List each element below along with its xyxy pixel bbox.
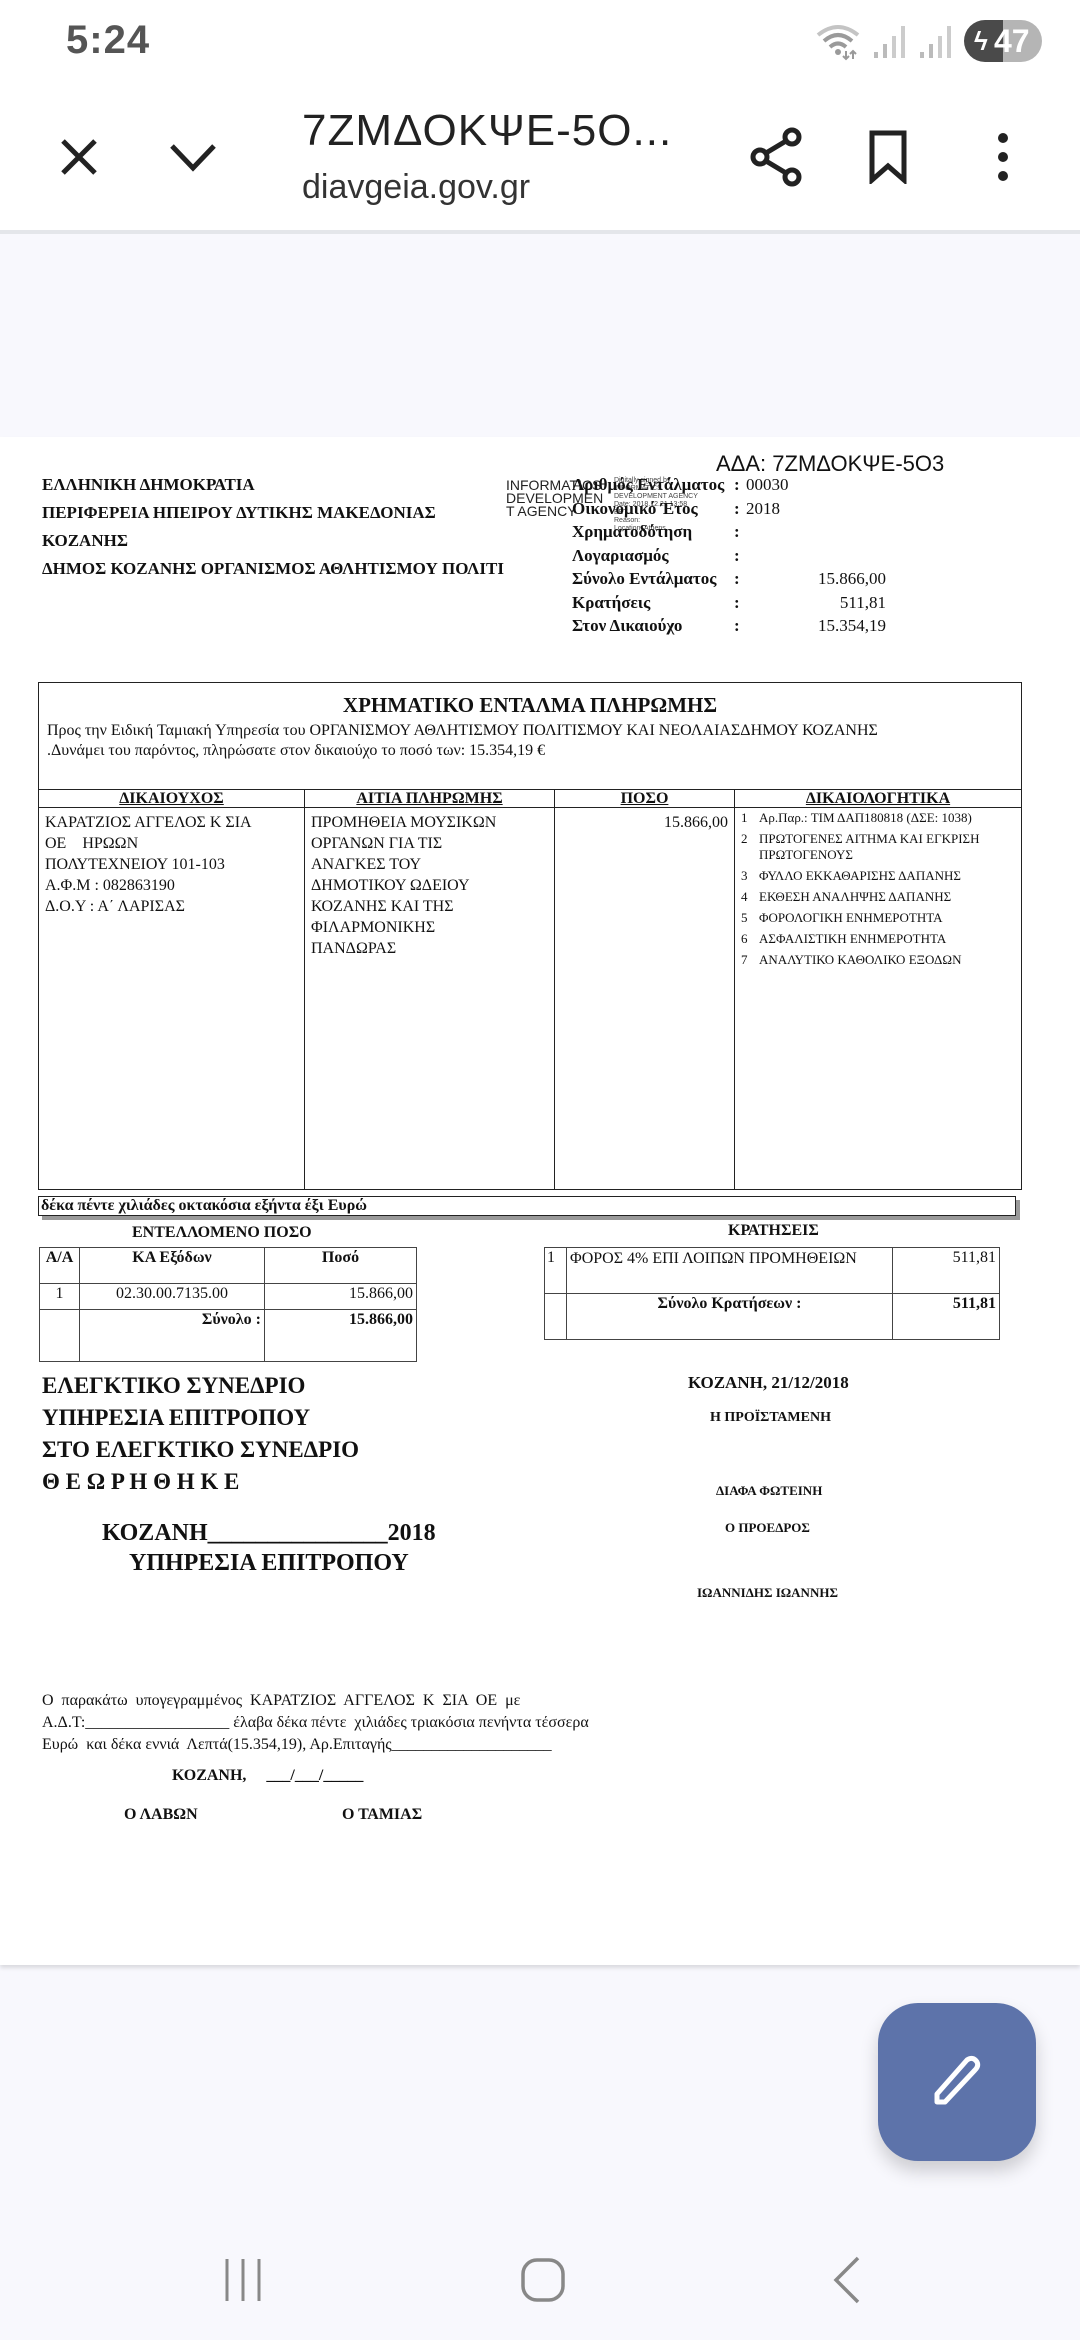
cashier-label: Ο ΤΑΜΙΑΣ <box>342 1806 422 1824</box>
home-button[interactable] <box>508 2250 578 2310</box>
edit-pencil-icon <box>927 2052 987 2112</box>
head-name: ΔΙΑΦΑ ΦΩΤΕΙΝΗ <box>716 1483 822 1499</box>
text-line: ΔΗΜΟΤΙΚΟΥ ΩΔΕΙΟΥ <box>311 875 548 896</box>
beneficiary-details: ΚΑΡΑΤΖΙΟΣ ΑΓΓΕΛΟΣ Κ ΣΙΑΟΕ ΗΡΩΩΝΠΟΛΥΤΕΧΝΕ… <box>39 808 304 921</box>
text-line: ΟΡΓΑΝΩΝ ΓΙΑ ΤΙΣ <box>311 833 548 854</box>
table-row: 1 ΦΟΡΟΣ 4% ΕΠΙ ΛΟΙΠΩΝ ΠΡΟΜΗΘΕΙΩΝ 511,81 <box>545 1248 1000 1294</box>
header-line: ΕΛΛΗΝΙΚΗ ΔΗΜΟΚΡΑΤΙΑ <box>42 471 504 499</box>
header-line: ΔΗΜΟΣ ΚΟΖΑΝΗΣ ΟΡΓΑΝΙΣΜΟΣ ΑΘΛΗΤΙΣΜΟΥ ΠΟΛΙ… <box>42 555 504 583</box>
page-url[interactable]: diavgeia.gov.gr <box>302 168 530 207</box>
recent-apps-button[interactable] <box>208 2250 278 2310</box>
chevron-down-icon <box>168 142 218 172</box>
text-line: ΚΟΖΑΝΗΣ ΚΑΙ ΤΗΣ <box>311 896 548 917</box>
meta-label: Λογαριασμός <box>572 546 669 566</box>
battery-level: 47 <box>994 23 1030 60</box>
amount-in-words: δέκα πέντε χιλιάδες οκτακόσια εξήντα έξι… <box>38 1196 1016 1216</box>
payment-warrant-box: ΧΡΗΜΑΤΙΚΟ ΕΝΤΑΛΜΑ ΠΛΗΡΩΜΗΣ Προς την Ειδι… <box>38 682 1022 1190</box>
meta-value: 15.866,00 <box>818 569 886 589</box>
list-item: 7ΑΝΑΛΥΤΙΚΟ ΚΑΘΟΛΙΚΟ ΕΞΟΔΩΝ <box>741 952 1015 968</box>
warrant-instruction: Προς την Ειδική Ταμιακή Υπηρεσία του ΟΡΓ… <box>47 721 878 761</box>
bookmark-icon <box>868 130 908 184</box>
status-icons: ϟ 47 <box>814 20 1042 62</box>
deductions-table: 1 ΦΟΡΟΣ 4% ΕΠΙ ΛΟΙΠΩΝ ΠΡΟΜΗΘΕΙΩΝ 511,81 … <box>544 1247 1000 1340</box>
supporting-documents: 1Αρ.Παρ.: ΤΙΜ ΔΑΠ180818 (ΔΣΕ: 1038)2ΠΡΩΤ… <box>735 808 1021 977</box>
text-line: ΠΑΝΔΩΡΑΣ <box>311 938 548 959</box>
amount-column: ΠΟΣΟ 15.866,00 <box>555 790 735 1189</box>
table-row: 1 02.30.00.7135.00 15.866,00 <box>40 1284 417 1310</box>
meta-label: Χρηματοδότηση <box>572 522 692 542</box>
list-item: 5ΦΟΡΟΛΟΓΙΚΗ ΕΝΗΜΕΡΟΤΗΤΑ <box>741 910 1015 926</box>
list-item: 2ΠΡΩΤΟΓΕΝΕΣ ΑΙΤΗΜΑ ΚΑΙ ΕΓΚΡΙΣΗ ΠΡΩΤΟΓΕΝΟ… <box>741 831 1015 863</box>
signal-icon <box>872 22 908 60</box>
meta-separator: : <box>734 616 740 636</box>
more-vert-icon <box>996 132 1010 182</box>
meta-value: 511,81 <box>840 593 886 613</box>
meta-label: Οικονομικό Έτος <box>572 499 698 519</box>
receipt-statement: Ο παρακάτω υπογεγραμμένος ΚΑΡΑΤΖΙΟΣ ΑΓΓΕ… <box>42 1690 682 1756</box>
meta-separator: : <box>734 569 740 589</box>
text-line: ΚΑΡΑΤΖΙΟΣ ΑΓΓΕΛΟΣ Κ ΣΙΑ <box>45 812 298 833</box>
meta-label: Στον Δικαιούχο <box>572 616 682 636</box>
meta-row: Χρηματοδότηση: <box>572 522 892 544</box>
text-line: ΦΙΛΑΡΜΟΝΙΚΗΣ <box>311 917 548 938</box>
meta-row: Σύνολο Εντάλματος:15.866,00 <box>572 569 892 591</box>
system-nav-bar <box>0 2220 1080 2340</box>
head-title: Η ΠΡΟΪΣΤΑΜΕΝΗ <box>710 1410 831 1426</box>
warrant-title: ΧΡΗΜΑΤΙΚΟ ΕΝΤΑΛΜΑ ΠΛΗΡΩΜΗΣ <box>39 693 1021 718</box>
meta-row: Λογαριασμός: <box>572 546 892 568</box>
minimize-button[interactable] <box>158 122 228 192</box>
meta-row: Στον Δικαιούχο:15.354,19 <box>572 616 892 638</box>
page-title: 7ΖΜΔΟΚΨΕ-5Ο... <box>302 106 672 156</box>
ada-code: ΑΔΑ: 7ΖΜΔΟΚΨΕ-5Ο3 <box>716 451 944 477</box>
header-line: ΚΟΖΑΝΗΣ <box>42 527 504 555</box>
receipt-place-date: ΚΟΖΑΝΗ, ___/___/_____ <box>172 1767 363 1785</box>
close-button[interactable] <box>44 122 114 192</box>
documents-column: ΔΙΚΑΙΟΛΟΓΗΤΙΚΑ 1Αρ.Παρ.: ΤΙΜ ΔΑΠ180818 (… <box>735 790 1021 1189</box>
share-button[interactable] <box>741 122 811 192</box>
reason-column: ΑΙΤΙΑ ΠΛΗΡΩΜΗΣ ΠΡΟΜΗΘΕΙΑ ΜΟΥΣΙΚΩΝΟΡΓΑΝΩΝ… <box>305 790 555 1189</box>
meta-label: Αριθμός Εντάλματος <box>572 475 724 495</box>
text-line: ΠΟΛΥΤΕΧΝΕΙΟΥ 101-103 <box>45 854 298 875</box>
recent-apps-icon <box>221 2257 265 2303</box>
beneficiary-column: ΔΙΚΑΙΟΥΧΟΣ ΚΑΡΑΤΖΙΟΣ ΑΓΓΕΛΟΣ Κ ΣΙΑΟΕ ΗΡΩ… <box>39 790 305 1189</box>
place-date: ΚΟΖΑΝΗ, 21/12/2018 <box>688 1373 849 1393</box>
list-item: 6ΑΣΦΑΛΙΣΤΙΚΗ ΕΝΗΜΕΡΟΤΗΤΑ <box>741 931 1015 947</box>
meta-row: Οικονομικό Έτος:2018 <box>572 499 892 521</box>
status-bar: 5:24 ϟ 47 <box>0 0 1080 84</box>
header-issuer: ΕΛΛΗΝΙΚΗ ΔΗΜΟΚΡΑΤΙΑ ΠΕΡΙΦΕΡΕΙΑ ΗΠΕΙΡΟΥ Δ… <box>42 471 504 583</box>
president-name: ΙΩΑΝΝΙΔΗΣ ΙΩΑΝΝΗΣ <box>697 1585 838 1601</box>
bookmark-button[interactable] <box>853 122 923 192</box>
list-item: 4ΕΚΘΕΣΗ ΑΝΑΛΗΨΗΣ ΔΑΠΑΝΗΣ <box>741 889 1015 905</box>
browser-toolbar: 7ΖΜΔΟΚΨΕ-5Ο... diavgeia.gov.gr <box>0 84 1080 234</box>
header-line: ΠΕΡΙΦΕΡΕΙΑ ΗΠΕΙΡΟΥ ΔΥΤΙΚΗΣ ΜΑΚΕΔΟΝΙΑΣ <box>42 499 504 527</box>
meta-value: 2018 <box>746 499 780 519</box>
warrant-columns: ΔΙΚΑΙΟΥΧΟΣ ΚΑΡΑΤΖΙΟΣ ΑΓΓΕΛΟΣ Κ ΣΙΑΟΕ ΗΡΩ… <box>39 789 1021 1189</box>
more-options-button[interactable] <box>968 122 1038 192</box>
text-line: ΑΝΑΓΚΕΣ ΤΟΥ <box>311 854 548 875</box>
back-icon <box>832 2256 862 2304</box>
share-icon <box>748 127 804 187</box>
edit-button[interactable] <box>878 2003 1036 2161</box>
list-item: 3ΦΥΛΛΟ ΕΚΚΑΘΑΡΙΣΗΣ ΔΑΠΑΝΗΣ <box>741 868 1015 884</box>
meta-value: 15.354,19 <box>818 616 886 636</box>
text-line: Δ.Ο.Υ : Α΄ ΛΑΡΙΣΑΣ <box>45 896 298 917</box>
signal-icon <box>918 22 954 60</box>
payment-reason: ΠΡΟΜΗΘΕΙΑ ΜΟΥΣΙΚΩΝΟΡΓΑΝΩΝ ΓΙΑ ΤΙΣΑΝΑΓΚΕΣ… <box>305 808 554 963</box>
meta-label: Σύνολο Εντάλματος <box>572 569 716 589</box>
meta-separator: : <box>734 546 740 566</box>
text-line: ΟΕ ΗΡΩΩΝ <box>45 833 298 854</box>
meta-row: Κρατήσεις:511,81 <box>572 593 892 615</box>
meta-label: Κρατήσεις <box>572 593 650 613</box>
battery-charging-icon: ϟ 47 <box>964 20 1042 62</box>
ordered-amount-title: ΕΝΤΕΛΛΟΜΕΝΟ ΠΟΣΟ <box>132 1224 312 1242</box>
ordered-amount-table: Α/Α ΚΑ Εξόδων Ποσό 1 02.30.00.7135.00 15… <box>39 1247 417 1362</box>
document-page: ΑΔΑ: 7ΖΜΔΟΚΨΕ-5Ο3 ΕΛΛΗΝΙΚΗ ΔΗΜΟΚΡΑΤΙΑ ΠΕ… <box>0 437 1080 1965</box>
president-title: Ο ΠΡΟΕΔΡΟΣ <box>725 1520 810 1536</box>
status-time: 5:24 <box>66 18 150 63</box>
meta-separator: : <box>734 475 740 495</box>
meta-row: Αριθμός Εντάλματος:00030 <box>572 475 892 497</box>
meta-value: 00030 <box>746 475 789 495</box>
amount-value: 15.866,00 <box>555 808 734 837</box>
close-icon <box>57 135 101 179</box>
meta-separator: : <box>734 499 740 519</box>
deductions-title: ΚΡΑΤΗΣΕΙΣ <box>728 1222 819 1240</box>
text-line: ΠΡΟΜΗΘΕΙΑ ΜΟΥΣΙΚΩΝ <box>311 812 548 833</box>
back-button[interactable] <box>812 2250 882 2310</box>
home-icon <box>519 2256 567 2304</box>
audit-stamp: ΕΛΕΓΚΤΙΚΟ ΣΥΝΕΔΡΙΟ ΥΠΗΡΕΣΙΑ ΕΠΙΤΡΟΠΟΥ ΣΤ… <box>42 1370 359 1498</box>
receiver-label: Ο ΛΑΒΩΝ <box>124 1806 198 1824</box>
text-line: Α.Φ.Μ : 082863190 <box>45 875 298 896</box>
list-item: 1Αρ.Παρ.: ΤΙΜ ΔΑΠ180818 (ΔΣΕ: 1038) <box>741 810 1015 826</box>
meta-separator: : <box>734 522 740 542</box>
meta-separator: : <box>734 593 740 613</box>
audit-place-date: ΚΟΖΑΝΗ_______________2018 ΥΠΗΡΕΣΙΑ ΕΠΙΤΡ… <box>102 1518 436 1578</box>
wifi-icon <box>814 21 862 61</box>
